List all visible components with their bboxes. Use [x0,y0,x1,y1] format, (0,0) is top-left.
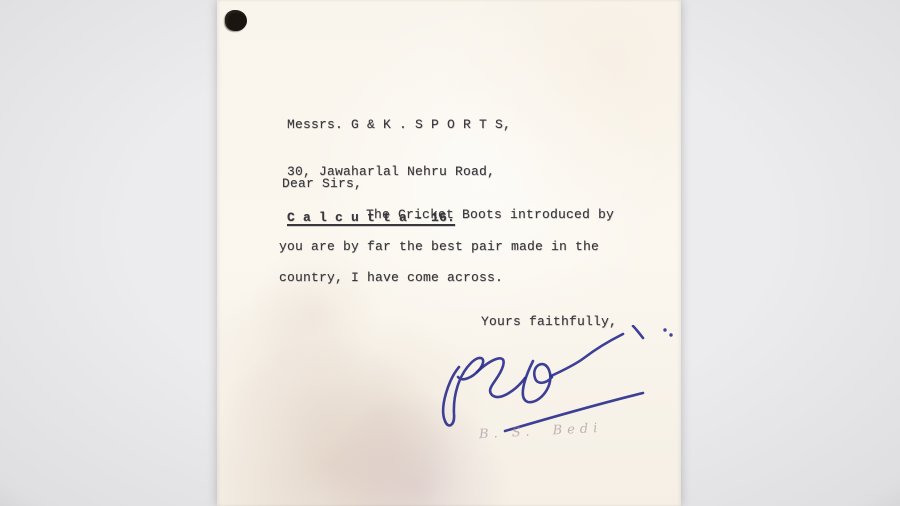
recipient-line-name: Messrs. G & K . S P O R T S, [287,117,511,133]
signature-stroke-p [443,358,483,426]
letter-paper: Messrs. G & K . S P O R T S, 30, Jawahar… [217,0,681,506]
body-line-2: you are by far the best pair made in the [279,239,599,254]
signature-dot [669,333,672,336]
body-line-1: The Cricket Boots introduced by [366,207,614,222]
ink-blot [225,10,247,31]
signature-dot [663,328,666,331]
body-line-3: country, I have come across. [279,270,503,285]
signature-stroke-edi [551,334,623,376]
recipient-address: Messrs. G & K . S P O R T S, 30, Jawahar… [287,86,511,257]
signature-stroke-s [477,358,525,397]
salutation: Dear Sirs, [282,176,362,191]
signature-stroke-tick [633,326,643,338]
scanned-letter-image: Messrs. G & K . S P O R T S, 30, Jawahar… [0,0,900,506]
signature-stroke-b [523,361,552,402]
